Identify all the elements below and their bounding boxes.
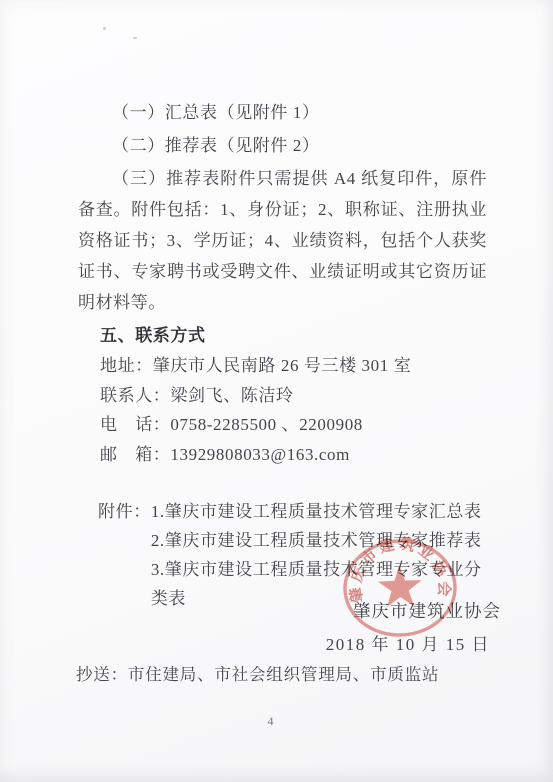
page-number: 4 [0,714,541,729]
attachment-item: 1.肇庆市建设工程质量技术管理专家汇总表 [151,497,487,526]
official-red-seal: 肇庆市建筑业协会 [338,534,462,642]
list-item-3: （三）推荐表附件只需提供 A4 纸复印件，原件备查。附件包括：1、身份证；2、职… [78,163,487,318]
scan-speck [133,37,137,39]
contact-address: 地址：肇庆市人民南路 26 号三楼 301 室 [78,351,487,381]
contact-phone: 电 话：0758-2285500 、2200908 [78,410,487,440]
contact-email: 邮 箱：13929808033@163.com [78,440,487,470]
list-item-2: （二）推荐表（见附件 2） [78,130,487,161]
attachments-label: 附件： [98,497,151,526]
section-heading-contact: 五、联系方式 [78,321,487,351]
seal-star-icon [377,564,422,607]
contact-persons: 联系人：梁剑飞、陈洁玲 [78,381,487,411]
list-item-1: （一）汇总表（见附件 1） [78,97,487,128]
cc-line: 抄送：市住建局、市社会组织管理局、市质监站 [76,661,439,685]
scanned-document-page: （一）汇总表（见附件 1） （二）推荐表（见附件 2） （三）推荐表附件只需提供… [0,0,553,782]
scan-speck [103,27,106,30]
